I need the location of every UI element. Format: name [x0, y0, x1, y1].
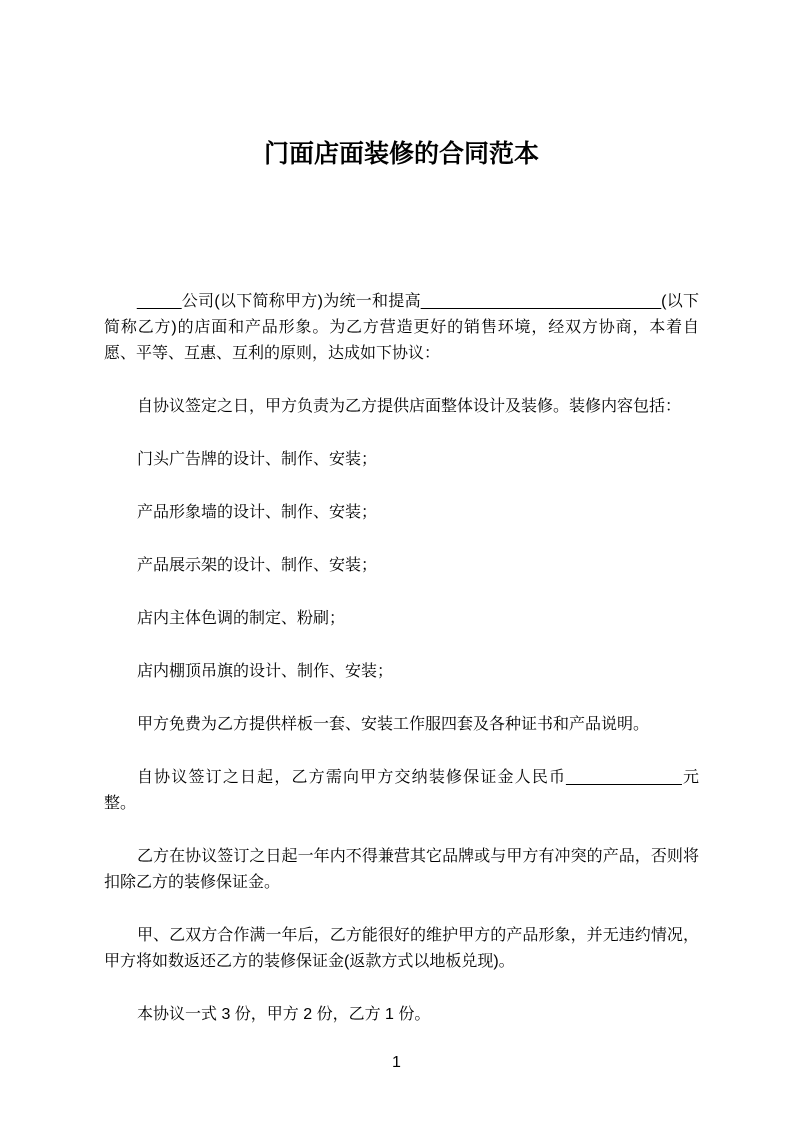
paragraph-exclusivity: 乙方在协议签订之日起一年内不得兼营其它品牌或与甲方有冲突的产品，否则将扣除乙方的… [104, 844, 699, 896]
paragraph-intro: _____公司(以下简称甲方)为统一和提高___________________… [104, 289, 699, 367]
paragraph-deposit: 自协议签订之日起，乙方需向甲方交纳装修保证金人民币_____________元整… [104, 765, 699, 817]
paragraph-item-image-wall: 产品形象墙的设计、制作、安装； [104, 500, 699, 526]
document-content: 门面店面装修的合同范本 _____公司(以下简称甲方)为统一和提高_______… [104, 0, 699, 1028]
document-title: 门面店面装修的合同范本 [104, 138, 699, 170]
paragraph-item-ceiling-flags: 店内棚顶吊旗的设计、制作、安装； [104, 659, 699, 685]
paragraph-item-color-scheme: 店内主体色调的制定、粉刷； [104, 606, 699, 632]
paragraph-item-signboard: 门头广告牌的设计、制作、安装； [104, 447, 699, 473]
paragraph-refund: 甲、乙双方合作满一年后，乙方能很好的维护甲方的产品形象，并无违约情况，甲方将如数… [104, 923, 699, 975]
page-number: 1 [0, 1050, 793, 1076]
document-page: 门面店面装修的合同范本 _____公司(以下简称甲方)为统一和提高_______… [0, 0, 793, 1122]
paragraph-free-items: 甲方免费为乙方提供样板一套、安装工作服四套及各种证书和产品说明。 [104, 712, 699, 738]
paragraph-copies: 本协议一式 3 份，甲方 2 份，乙方 1 份。 [104, 1002, 699, 1028]
paragraph-scope: 自协议签定之日，甲方负责为乙方提供店面整体设计及装修。装修内容包括： [104, 394, 699, 420]
paragraph-item-display-rack: 产品展示架的设计、制作、安装； [104, 553, 699, 579]
